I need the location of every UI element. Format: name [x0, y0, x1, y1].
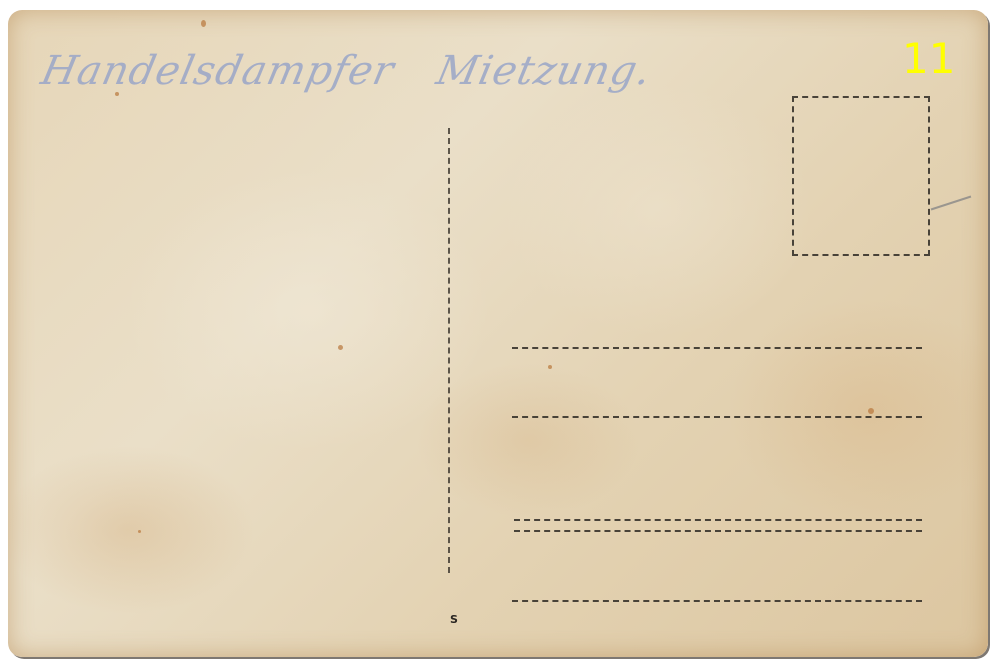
stain-spot — [138, 530, 141, 533]
stain-spot — [548, 365, 552, 369]
handwritten-caption: Handelsdampfer Mietzung. — [37, 48, 656, 94]
postcard-back: Handelsdampfer Mietzung. S — [8, 10, 988, 657]
address-line-1 — [512, 347, 922, 349]
address-line-2 — [512, 416, 922, 418]
address-line-3b — [514, 530, 922, 532]
address-line-3a — [514, 519, 922, 521]
center-divider-line — [448, 128, 450, 573]
stain-spot — [868, 408, 874, 414]
stain-spot — [201, 20, 206, 27]
stain-spot — [338, 345, 343, 350]
stamp-placeholder-box — [792, 96, 930, 256]
corner-number-label: 11 — [902, 38, 955, 80]
address-line-4 — [512, 600, 922, 602]
printer-mark: S — [450, 613, 458, 626]
pencil-mark — [931, 196, 972, 211]
stain-spot — [115, 92, 119, 96]
